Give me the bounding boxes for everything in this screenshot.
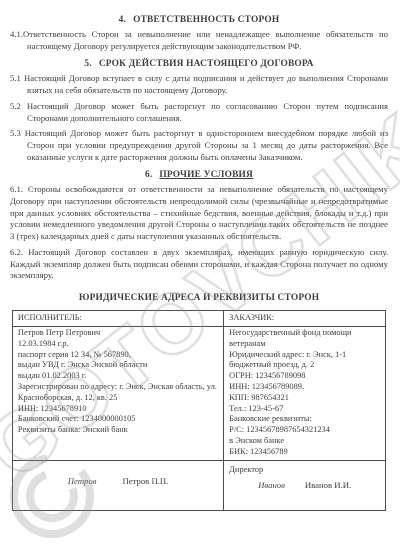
section-6-title: ПРОЧИЕ УСЛОВИЯ (159, 170, 253, 180)
clause-5-1-number: 5.1 (10, 73, 24, 83)
executor-detail-line: выдан 01.02.2003 г. (18, 371, 218, 382)
section-5-number: 5. (84, 59, 91, 69)
executor-detail-line: паспорт серия 12 34, № 567890, (18, 350, 218, 361)
customer-detail-line: Тел.: 123-45-67 (229, 404, 380, 415)
clause-4-1-text: Ответственность Сторон за невыполнение и… (23, 29, 388, 51)
clause-6-2-number: 6.2. (10, 247, 28, 257)
customer-detail-line: Юридический адрес: г. Энск, 1-1 бюджетны… (229, 350, 380, 372)
clause-5-1-text: Настоящий Договор вступает в силу с даты… (24, 73, 388, 95)
executor-detail-line: Зарегистрирован по адресу: г. Энск, Энск… (18, 382, 218, 404)
section-4-heading: 4.ОТВЕТСТВЕННОСТЬ СТОРОН (10, 14, 388, 26)
customer-detail-line: ОГРН: 123456789098 (229, 371, 380, 382)
customer-detail-line: ИНН: 123456789089. (229, 382, 380, 393)
requisites-heading: ЮРИДИЧЕСКИЕ АДРЕСА И РЕКВИЗИТЫ СТОРОН (10, 292, 388, 304)
clause-5-1: 5.1 Настоящий Договор вступает в силу с … (10, 73, 388, 96)
clause-5-2: 5.2 Настоящий Договор может быть расторг… (10, 101, 388, 124)
customer-detail-line: Банковские реквизиты: (229, 414, 380, 425)
customer-signature-cell: Директор ИвановИванов И.И. (224, 460, 386, 510)
contract-page: 4.ОТВЕТСТВЕННОСТЬ СТОРОН 4.1.Ответственн… (0, 0, 400, 511)
clause-5-2-text: Настоящий Договор может быть расторгнут … (27, 101, 388, 123)
table-header-row: ИСПОЛНИТЕЛЬ: ЗАКАЗЧИК: (12, 310, 385, 326)
executor-signature: Петров (68, 476, 97, 486)
executor-signature-line: ПетровПетров П.П. (18, 476, 218, 486)
executor-detail-line: Реквизиты банка: Энский банк (18, 425, 218, 436)
customer-header-cell: ЗАКАЗЧИК: (224, 310, 386, 326)
customer-signature: Иванов (258, 480, 285, 490)
executor-detail-line: Петров Петр Петрович (18, 328, 218, 339)
clause-6-1: 6.1. Стороны освобождаются от ответствен… (10, 184, 388, 243)
table-details-row: Петров Петр Петрович 12.03.1984 г.р. пас… (12, 326, 385, 460)
executor-detail-line: выдан УВД г. Энска Энской области (18, 360, 218, 371)
executor-signature-cell: ПетровПетров П.П. (12, 460, 223, 510)
section-4-number: 4. (119, 15, 126, 25)
clause-5-3-number: 5.3 (10, 128, 25, 138)
customer-detail-line: КПП: 987654321 (229, 393, 380, 404)
executor-signature-name: Петров П.П. (122, 476, 168, 486)
clause-5-2-number: 5.2 (10, 101, 27, 111)
customer-detail-line: БИК: 123456789 (229, 447, 380, 458)
executor-detail-line: ИНН: 12345678910 (18, 404, 218, 415)
section-5-title: СРОК ДЕЙСТВИЯ НАСТОЯЩЕГО ДОГОВОРА (99, 59, 314, 69)
customer-signature-name: Иванов И.И. (305, 480, 351, 490)
customer-details-cell: Негосударственный фонд помощи ветеранам … (224, 326, 386, 460)
requisites-table: ИСПОЛНИТЕЛЬ: ЗАКАЗЧИК: Петров Петр Петро… (12, 310, 386, 511)
clause-6-2-text: Настоящий Договор составлен в двух экзем… (10, 247, 388, 280)
executor-details-cell: Петров Петр Петрович 12.03.1984 г.р. пас… (12, 326, 223, 460)
section-6-number: 6. (145, 170, 152, 180)
executor-detail-line: Банковский счет: 1234000000105 (18, 414, 218, 425)
executor-detail-line: 12.03.1984 г.р. (18, 339, 218, 350)
customer-detail-line: Негосударственный фонд помощи ветеранам (229, 328, 380, 350)
clause-6-1-text: Стороны освобождаются от ответственности… (10, 184, 388, 241)
contract-document: { "watermark": { "text": "GOTOVCHIK.RU" … (0, 0, 400, 551)
customer-position: Директор (229, 464, 380, 475)
customer-detail-line: Р/С: 12345678987654321234 (229, 425, 380, 436)
table-signature-row: ПетровПетров П.П. Директор ИвановИванов … (12, 460, 385, 510)
clause-6-1-number: 6.1. (10, 184, 28, 194)
clause-4-1: 4.1.Ответственность Сторон за невыполнен… (10, 29, 388, 52)
executor-header-cell: ИСПОЛНИТЕЛЬ: (12, 310, 223, 326)
customer-signature-line: ИвановИванов И.И. (229, 480, 380, 490)
clause-5-3-text: Настоящий Договор может быть расторгнут … (25, 128, 388, 161)
customer-detail-line: в Энском банке (229, 436, 380, 447)
clause-6-2: 6.2. Настоящий Договор составлен в двух … (10, 247, 388, 282)
clause-5-3: 5.3 Настоящий Договор может быть расторг… (10, 128, 388, 163)
section-5-heading: 5.СРОК ДЕЙСТВИЯ НАСТОЯЩЕГО ДОГОВОРА (10, 58, 388, 70)
section-4-title: ОТВЕТСТВЕННОСТЬ СТОРОН (133, 15, 279, 25)
section-6-heading: 6.ПРОЧИЕ УСЛОВИЯ (10, 169, 388, 181)
clause-4-1-number: 4.1. (10, 29, 23, 39)
